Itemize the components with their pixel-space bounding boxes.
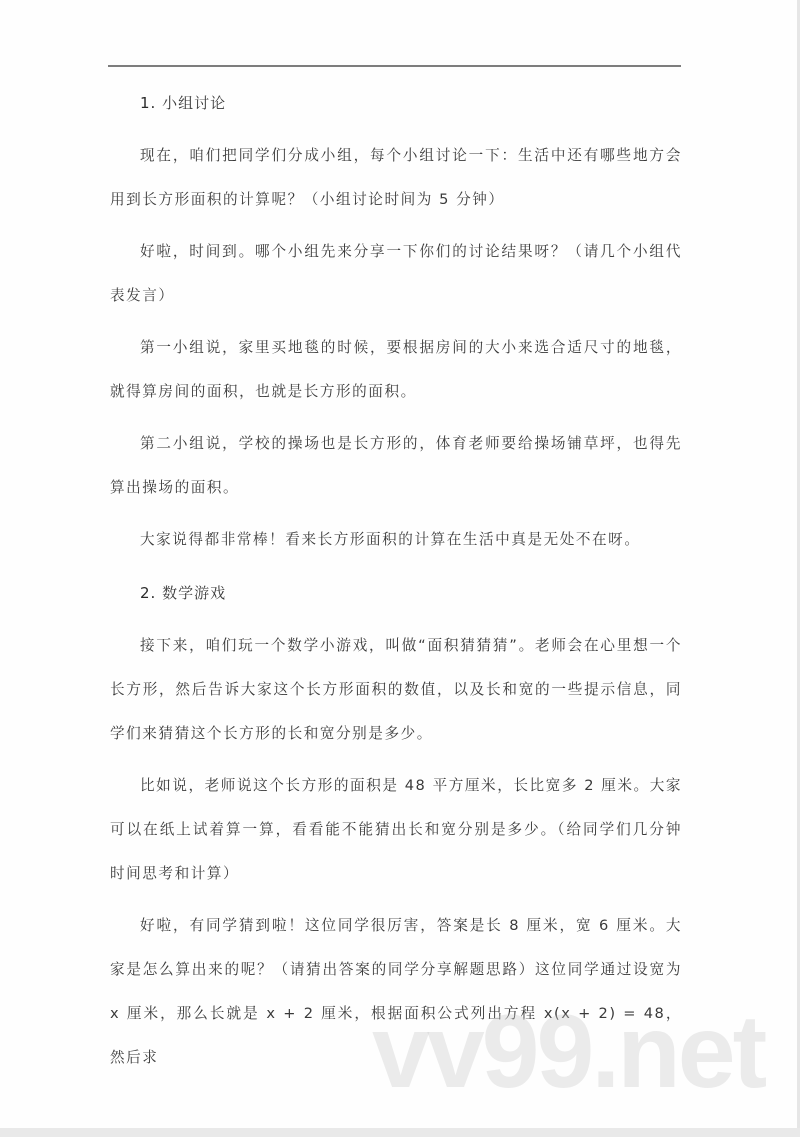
section-heading-1: 1. 小组讨论 bbox=[110, 88, 682, 118]
section-number: 1. bbox=[140, 94, 156, 112]
paragraph: 好啦，有同学猜到啦！这位同学很厉害，答案是长 8 厘米，宽 6 厘米。大家是怎么… bbox=[110, 904, 682, 1080]
document-page: 1. 小组讨论 现在，咱们把同学们分成小组，每个小组讨论一下：生活中还有哪些地方… bbox=[0, 0, 800, 1128]
paragraph: 大家说得都非常棒！看来长方形面积的计算在生活中真是无处不在呀。 bbox=[110, 518, 682, 562]
section-title: 数学游戏 bbox=[162, 584, 226, 602]
paragraph: 好啦，时间到。哪个小组先来分享一下你们的讨论结果呀？（请几个小组代表发言） bbox=[110, 230, 682, 318]
document-body: 1. 小组讨论 现在，咱们把同学们分成小组，每个小组讨论一下：生活中还有哪些地方… bbox=[110, 88, 682, 1080]
section-number: 2. bbox=[140, 584, 156, 602]
page-bottom-edge bbox=[0, 1128, 800, 1137]
paragraph: 第一小组说，家里买地毯的时候，要根据房间的大小来选合适尺寸的地毯，就得算房间的面… bbox=[110, 326, 682, 414]
section-title: 小组讨论 bbox=[162, 94, 226, 112]
paragraph: 比如说，老师说这个长方形的面积是 48 平方厘米，长比宽多 2 厘米。大家可以在… bbox=[110, 764, 682, 896]
paragraph: 现在，咱们把同学们分成小组，每个小组讨论一下：生活中还有哪些地方会用到长方形面积… bbox=[110, 134, 682, 222]
section-heading-2: 2. 数学游戏 bbox=[110, 578, 682, 608]
paragraph: 第二小组说，学校的操场也是长方形的，体育老师要给操场铺草坪，也得先算出操场的面积… bbox=[110, 422, 682, 510]
paragraph: 接下来，咱们玩一个数学小游戏，叫做“面积猜猜猜”。老师会在心里想一个长方形，然后… bbox=[110, 624, 682, 756]
header-rule bbox=[108, 65, 681, 67]
